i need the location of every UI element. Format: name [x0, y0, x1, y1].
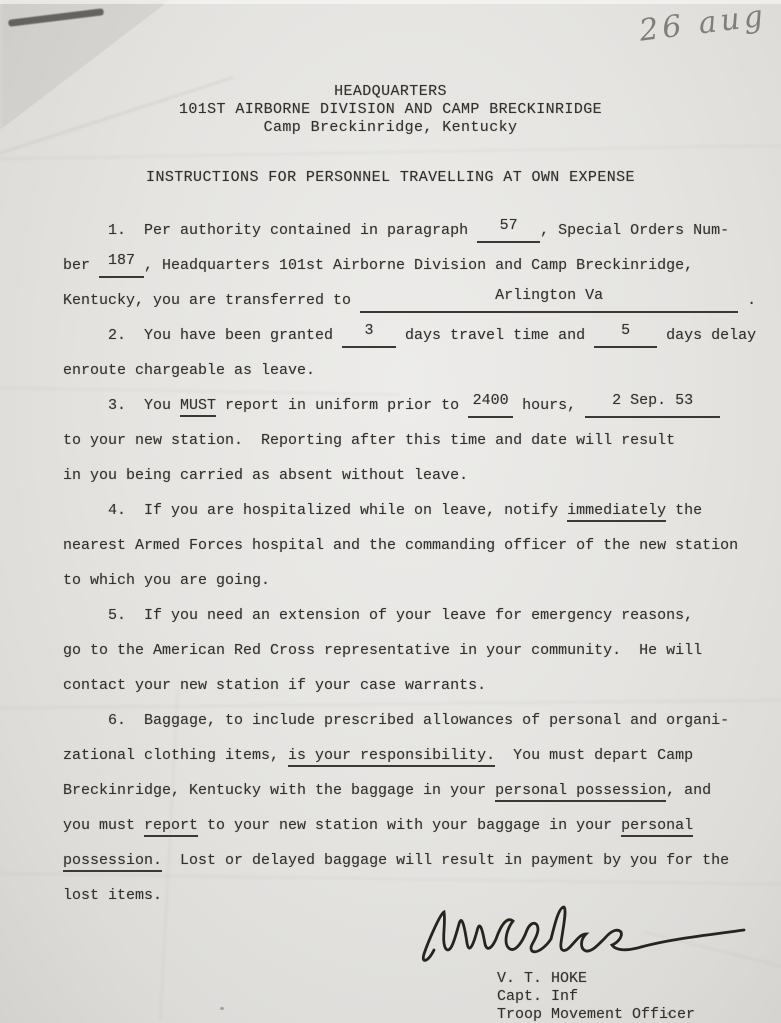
- document-line: 2. You have been granted 3 days travel t…: [63, 318, 763, 353]
- underlined-text: personal possession: [495, 782, 666, 802]
- document-line: zational clothing items, is your respons…: [63, 738, 763, 773]
- underlined-text: personal: [621, 817, 693, 837]
- document-line: Breckinridge, Kentucky with the baggage …: [63, 773, 763, 808]
- blank-value: 5: [621, 322, 630, 339]
- filled-blank: 2400: [468, 398, 513, 418]
- document-line: 5. If you need an extension of your leav…: [63, 598, 763, 633]
- filled-blank: 57: [477, 223, 540, 243]
- document-line: you must report to your new station with…: [63, 808, 763, 843]
- filled-blank: 5: [594, 328, 657, 348]
- blank-value: Arlington Va: [495, 287, 603, 304]
- underlined-text: immediately: [567, 502, 666, 522]
- document-line: nearest Armed Forces hospital and the co…: [63, 528, 763, 563]
- blank-value: 57: [500, 217, 518, 234]
- paper-edge-highlight: [0, 0, 781, 4]
- underlined-text: is your responsibility.: [288, 747, 495, 767]
- document-title: INSTRUCTIONS FOR PERSONNEL TRAVELLING AT…: [0, 169, 781, 186]
- letterhead: HEADQUARTERS 101ST AIRBORNE DIVISION AND…: [0, 83, 781, 137]
- letterhead-line-1: HEADQUARTERS: [0, 83, 781, 101]
- document-line: 1. Per authority contained in paragraph …: [63, 213, 763, 248]
- underlined-text: MUST: [180, 397, 216, 417]
- blank-value: 2400: [473, 392, 509, 409]
- filled-blank: Arlington Va: [360, 293, 738, 313]
- handwritten-date-note: 26 aug: [637, 0, 768, 49]
- signature-block: V. T. HOKE Capt. Inf Troop Movement Offi…: [497, 970, 695, 1023]
- document-line: 4. If you are hospitalized while on leav…: [63, 493, 763, 528]
- filled-blank: 2 Sep. 53: [585, 398, 720, 418]
- document-line: possession. Lost or delayed baggage will…: [63, 843, 763, 878]
- document-line: go to the American Red Cross representat…: [63, 633, 763, 668]
- blank-value: 187: [108, 252, 135, 269]
- handwritten-signature: [418, 900, 752, 972]
- filled-blank: 3: [342, 328, 396, 348]
- letterhead-line-3: Camp Breckinridge, Kentucky: [0, 119, 781, 137]
- signer-name: V. T. HOKE: [497, 970, 695, 988]
- scanned-document-page: 26 aug HEADQUARTERS 101ST AIRBORNE DIVIS…: [0, 0, 781, 1023]
- document-line: 3. You MUST report in uniform prior to 2…: [63, 388, 763, 423]
- letterhead-line-2: 101ST AIRBORNE DIVISION AND CAMP BRECKIN…: [0, 101, 781, 119]
- signer-role: Troop Movement Officer: [497, 1006, 695, 1023]
- document-line: in you being carried as absent without l…: [63, 458, 763, 493]
- signer-rank: Capt. Inf: [497, 988, 695, 1006]
- document-line: 6. Baggage, to include prescribed allowa…: [63, 703, 763, 738]
- underlined-text: report: [144, 817, 198, 837]
- document-line: to your new station. Reporting after thi…: [63, 423, 763, 458]
- paper-crease: [0, 144, 781, 160]
- document-line: Kentucky, you are transferred to Arlingt…: [63, 283, 763, 318]
- document-line: enroute chargeable as leave.: [63, 353, 763, 388]
- filled-blank: 187: [99, 258, 144, 278]
- paper-speck: [220, 1007, 224, 1010]
- document-line: contact your new station if your case wa…: [63, 668, 763, 703]
- document-body: 1. Per authority contained in paragraph …: [63, 213, 763, 913]
- document-line: to which you are going.: [63, 563, 763, 598]
- blank-value: 2 Sep. 53: [612, 392, 693, 409]
- underlined-text: possession.: [63, 852, 162, 872]
- document-line: ber 187, Headquarters 101st Airborne Div…: [63, 248, 763, 283]
- blank-value: 3: [365, 322, 374, 339]
